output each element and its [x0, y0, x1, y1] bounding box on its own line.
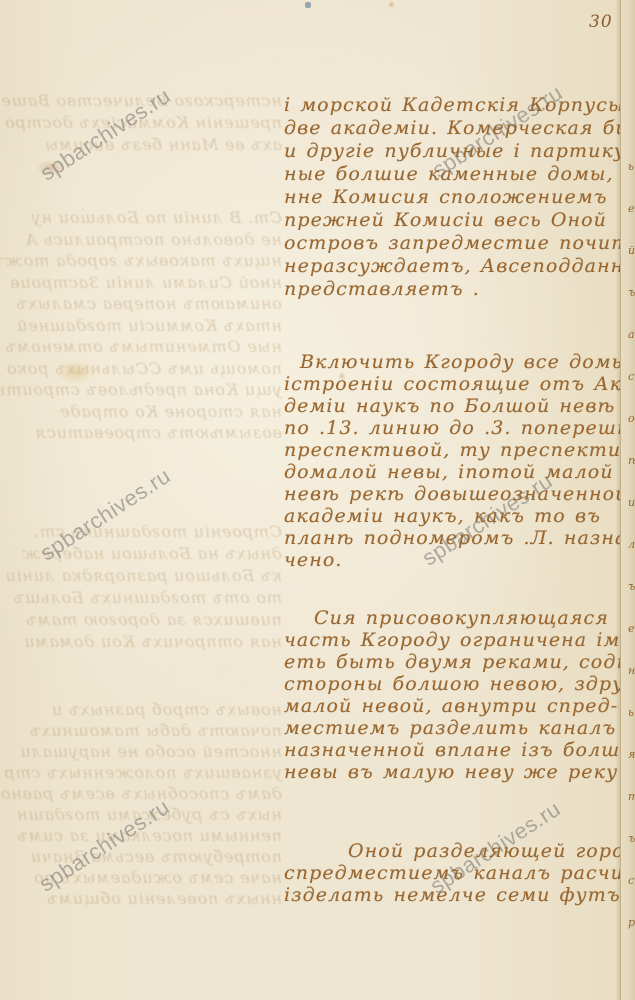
manuscript-line: планѣ подномеромъ .Л. назна-: [284, 527, 628, 549]
manuscript-line: две академіи. Комерческая биржа,: [284, 117, 628, 140]
bleedthrough-line: пившихся за дорогою тамъ: [0, 609, 282, 631]
manuscript-line: Сия присовокупляющаяся: [284, 607, 628, 629]
manuscript-line: істроеніи состоящие отъ Ака-: [284, 373, 628, 395]
manuscript-line: спредместиемъ каналъ расчистя: [284, 862, 628, 884]
edge-fragment: ъ: [628, 272, 635, 314]
edge-fragment: с: [628, 356, 635, 398]
edge-fragment: н: [628, 650, 635, 692]
manuscript-line: домалой невы, іпотой малой: [284, 461, 628, 483]
manuscript-line: ные болшие каменные домы, то-: [284, 163, 628, 186]
manuscript-line: по .13. линию до .3. поперешной: [284, 417, 628, 439]
manuscript-line: невѣ рекѣ довышеозначенной же: [284, 483, 628, 505]
manuscript-line: преспективой, ту преспективу: [284, 439, 628, 461]
manuscript-line: островъ запредместие почитать: [284, 232, 628, 255]
bleedthrough-line: нностей особо не нарушали: [0, 741, 282, 762]
edge-fragment: ѣ: [628, 440, 635, 482]
manuscript-line: малой невой, авнутри спред-: [284, 695, 628, 717]
bleedthrough-line: нной Силами линіи Застроив: [0, 272, 282, 294]
manuscript-line: представляетъ .: [284, 278, 628, 301]
edge-fragment: о: [628, 398, 635, 440]
manuscript-line: часть Кгороду ограничена імѣ-: [284, 629, 628, 651]
manuscript-line: местиемъ разделить каналъ: [284, 717, 628, 739]
bleedthrough-line: потребуютъ весьма Значи: [0, 846, 282, 867]
bleedthrough-line: къ Большои разпорядка линіи: [0, 565, 282, 587]
bleedthrough-line: онимаютъ ноперва смалыхъ: [0, 293, 282, 315]
manuscript-line: академіи наукъ, какъ то въ: [284, 505, 628, 527]
bleedthrough-line: нтахъ Коммисіи тогдашней: [0, 315, 282, 337]
manuscript-line: ізделать немелче семи футъ: [284, 884, 628, 906]
bleedthrough-line: нщихъ таковыхъ города тожъ: [0, 250, 282, 272]
manuscript-paragraph: Оной разделяющей городъспредместиемъ кан…: [284, 840, 628, 906]
bleedthrough-line: нныхъ повеленіи общимъ: [0, 888, 282, 909]
bleedthrough-line: ная стороне Ко отраде: [0, 401, 282, 423]
manuscript-line: прежней Комисіи весь Оной: [284, 209, 628, 232]
bleedthrough-line: не довольно построились А: [0, 229, 282, 251]
bleedthrough-line: то отъ тогдашнихъ Большъ: [0, 587, 282, 609]
manuscript-line: невы въ малую неву же реку.: [284, 761, 628, 783]
manuscript-line: Оной разделяющей городъ: [284, 840, 628, 862]
manuscript-paragraph: і морской Кадетскія Корпусы —,две академ…: [284, 94, 628, 301]
edge-fragment: р: [628, 902, 635, 944]
edge-fragment: и: [628, 482, 635, 524]
edge-fragment: ъ: [628, 818, 635, 860]
manuscript-line: і морской Кадетскія Корпусы —,: [284, 94, 628, 117]
bleedthrough-line: ная отпрочихъ Кои домами: [0, 631, 282, 653]
bleedthrough-line: Ст. В линіи по Большои ну: [0, 207, 282, 229]
edge-fragment: ь: [628, 692, 635, 734]
manuscript-page: нстерского Величество Вашегопрешенін Ком…: [0, 0, 635, 1000]
edge-fragment: е: [628, 188, 635, 230]
manuscript-line: стороны болшою невою, здругой: [284, 673, 628, 695]
manuscript-line: еть быть двумя реками, содной: [284, 651, 628, 673]
next-page-text-fragments: ьейъасоѣилъеньятъср: [628, 146, 635, 946]
folio-number: 30: [589, 12, 613, 32]
manuscript-paragraph: Включить Кгороду все домыістроеніи состо…: [284, 351, 628, 571]
bleedthrough-line: почаютъ дабы тамошнихъ: [0, 720, 282, 741]
manuscript-line: и другіе публичные і партикуляр-: [284, 140, 628, 163]
bleedthrough-block: Ст. В линіи по Большои нуне довольно пос…: [0, 207, 282, 444]
bleedthrough-line: ахъ ве Манн безъ висимы: [0, 134, 282, 156]
manuscript-line: неразсуждаетъ, Авсеподданнейше: [284, 255, 628, 278]
edge-fragment: а: [628, 314, 635, 356]
bleedthrough-line: новыхъ строб разныхъ и: [0, 699, 282, 720]
bleedthrough-line: ущи Кона предѣловъ строить: [0, 379, 282, 401]
bleedthrough-line: узнавшихъ положенныхъ стр: [0, 762, 282, 783]
bleedthrough-line: дамъ способныхъ всемъ равно: [0, 783, 282, 804]
edge-fragment: й: [628, 230, 635, 272]
manuscript-line: Включить Кгороду все домы: [284, 351, 628, 373]
bleedthrough-line: возымѣютъ строеватися: [0, 422, 282, 444]
bleedthrough-line: ные Отменитымъ отменомъ: [0, 336, 282, 358]
edge-fragment: ъ: [628, 566, 635, 608]
blue-mark: [305, 2, 311, 8]
manuscript-line: чено.: [284, 549, 628, 571]
bleedthrough-line: помощь имъ ССыльныхъ роко: [0, 358, 282, 380]
edge-fragment: е: [628, 608, 635, 650]
manuscript-paragraph: Сия присовокупляющаясячасть Кгороду огра…: [284, 607, 628, 783]
edge-fragment: с: [628, 860, 635, 902]
manuscript-line: нне Комисия сположениемъ: [284, 186, 628, 209]
edge-fragment: л: [628, 524, 635, 566]
edge-fragment: ь: [628, 146, 635, 188]
foxing-spot: [388, 1, 395, 8]
edge-fragment: т: [628, 776, 635, 818]
edge-fragment: я: [628, 734, 635, 776]
manuscript-line: назначенной вплане ізъ болшой: [284, 739, 628, 761]
manuscript-line: деміи наукъ по Болшой невѣ: [284, 395, 628, 417]
